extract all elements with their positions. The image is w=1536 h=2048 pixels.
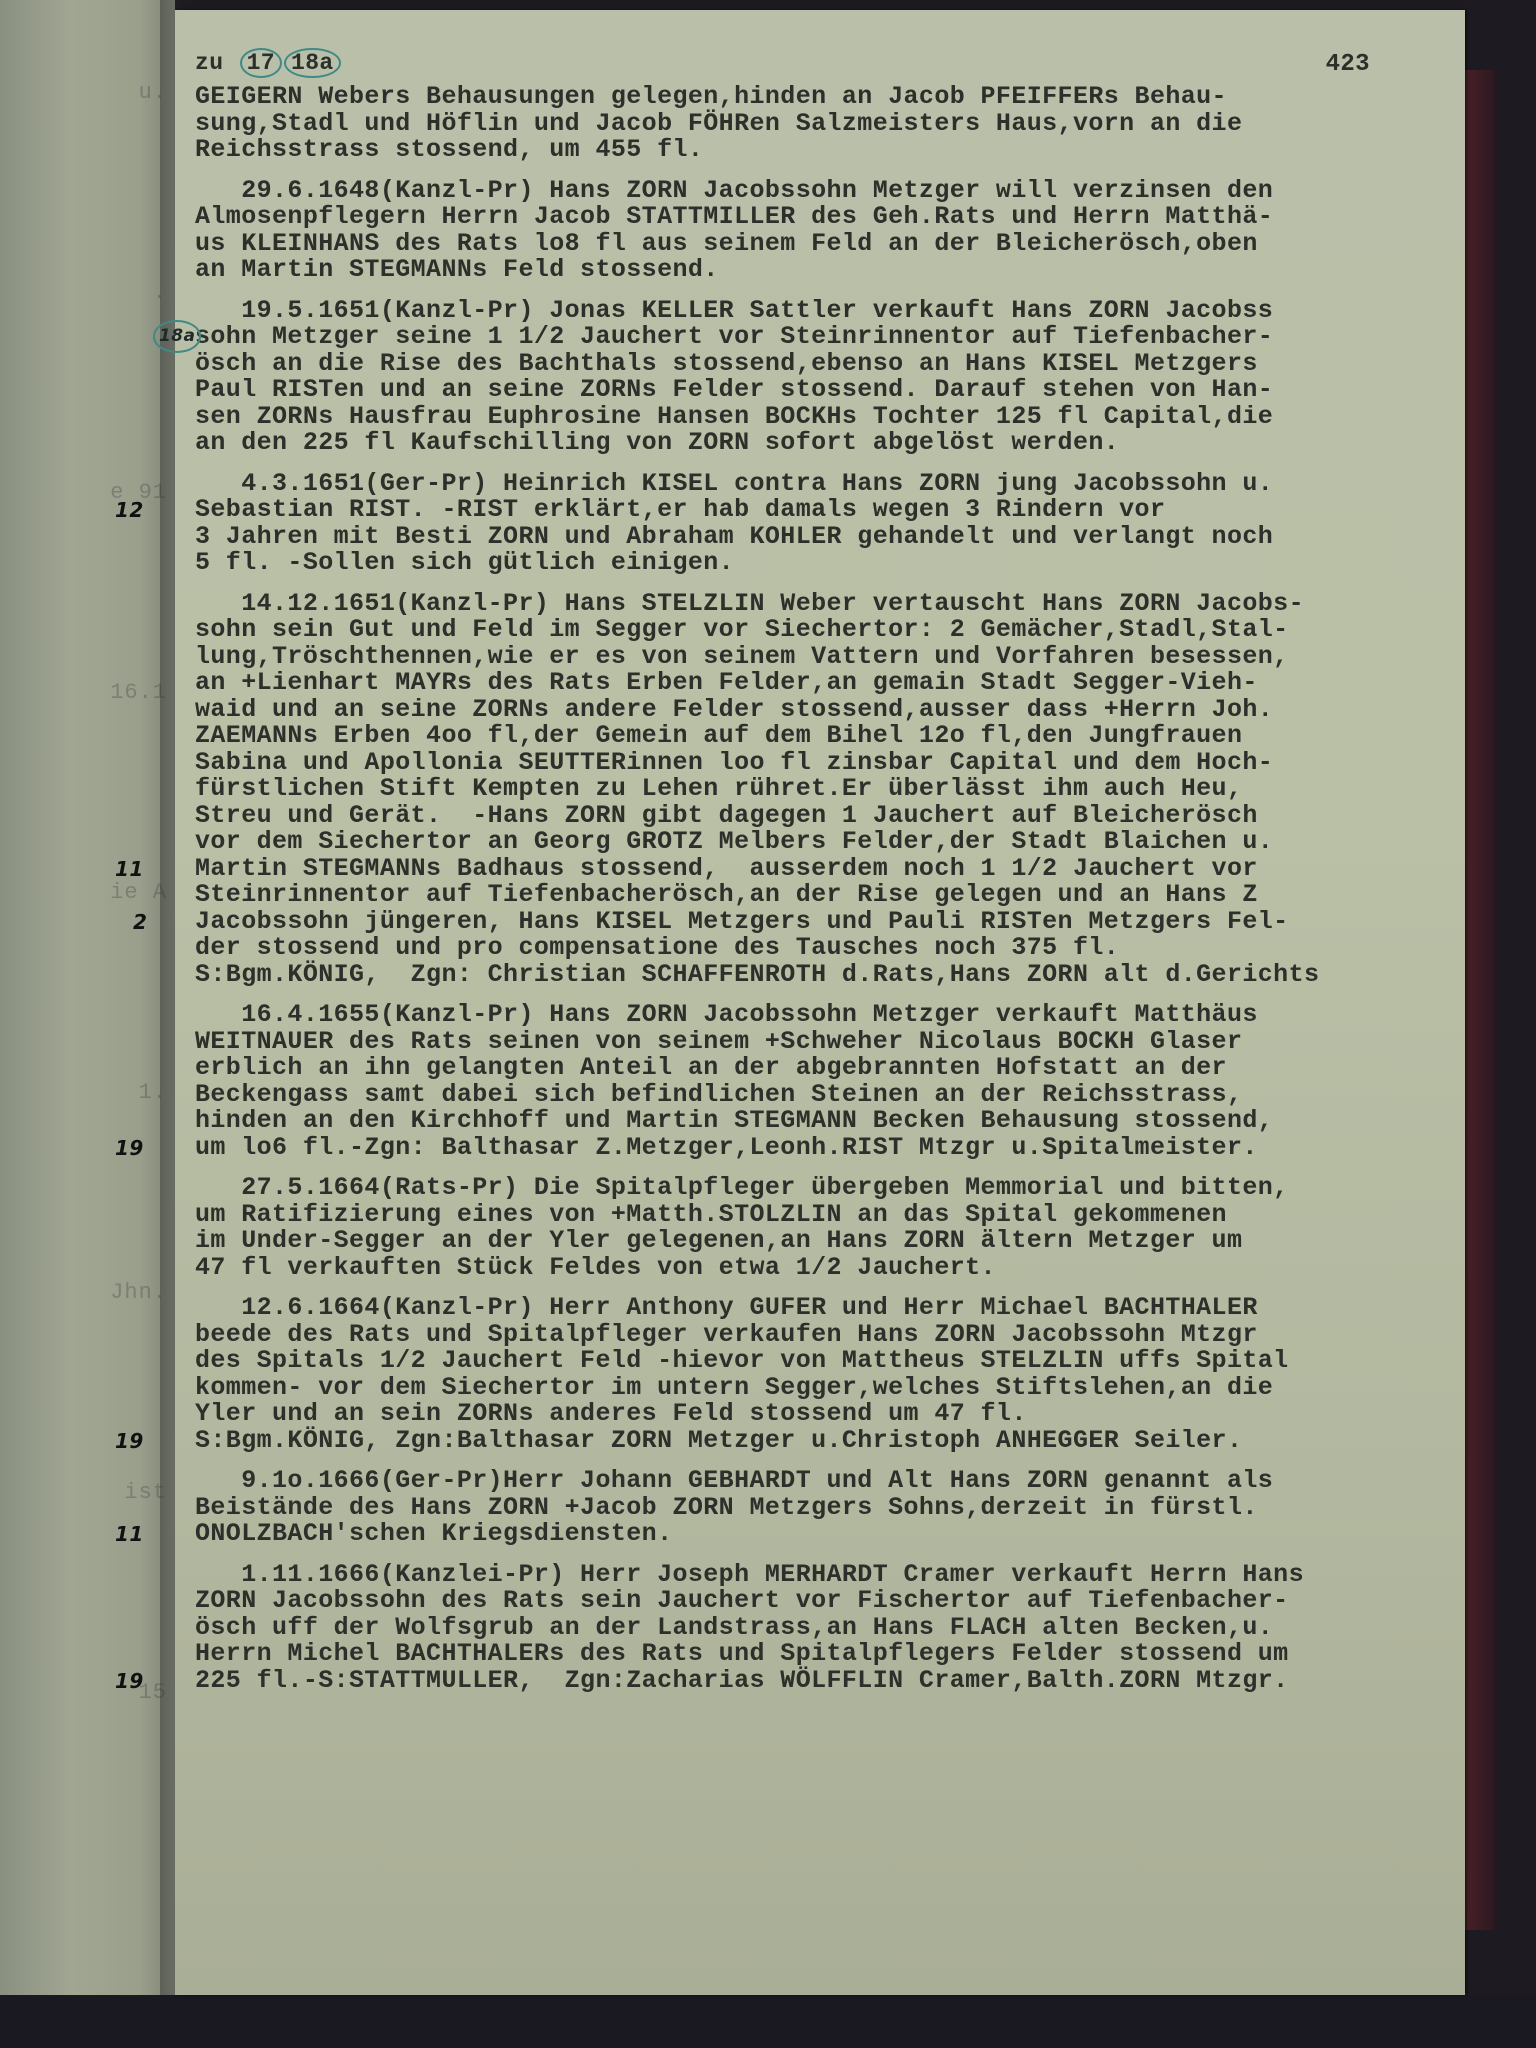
text-line: ösch an die Rise des Bachthals stossend,… [195, 351, 1455, 378]
text-line: 19.5.1651(Kanzl-Pr) Jonas KELLER Sattler… [195, 298, 1455, 325]
text-line: Yler und an sein ZORNs anderes Feld stos… [195, 1401, 1455, 1428]
text-line: beede des Rats und Spitalpfleger verkauf… [195, 1322, 1455, 1349]
text-line: des Spitals 1/2 Jauchert Feld -hievor vo… [195, 1348, 1455, 1375]
text-line: fürstlichen Stift Kempten zu Lehen rühre… [195, 776, 1455, 803]
document-entry: 29.6.1648(Kanzl-Pr) Hans ZORN Jacobssohn… [195, 178, 1455, 284]
text-line: Almosenpflegern Herrn Jacob STATTMILLER … [195, 204, 1455, 231]
text-line: 9.1o.1666(Ger-Pr)Herr Johann GEBHARDT un… [195, 1468, 1455, 1495]
text-line: der stossend und pro compensatione des T… [195, 935, 1455, 962]
text-line: ösch uff der Wolfsgrub an der Landstrass… [195, 1615, 1455, 1642]
circled-margin-annotation: 18a [153, 320, 201, 353]
text-line: vor dem Siechertor an Georg GROTZ Melber… [195, 829, 1455, 856]
text-line: 225 fl.-S:STATTMULLER, Zgn:Zacharias WÖL… [195, 1668, 1455, 1695]
text-line: an den 225 fl Kaufschilling von ZORN sof… [195, 430, 1455, 457]
facing-page: u. . e 9116.1ie A1. Jhn.ist 15 [0, 0, 175, 2048]
text-line: Steinrinnentor auf Tiefenbacherösch,an d… [195, 882, 1455, 909]
text-line: 29.6.1648(Kanzl-Pr) Hans ZORN Jacobssohn… [195, 178, 1455, 205]
document-entry: 9.1o.1666(Ger-Pr)Herr Johann GEBHARDT un… [195, 1468, 1455, 1548]
text-line: im Under-Segger an der Yler gelegenen,an… [195, 1228, 1455, 1255]
text-line: Herrn Michel BACHTHALERs des Rats und Sp… [195, 1641, 1455, 1668]
book-binding [1465, 70, 1495, 1930]
margin-annotation: 19 [115, 1428, 144, 1455]
text-line: Beckengass samt dabei sich befindlichen … [195, 1082, 1455, 1109]
text-line: 1.11.1666(Kanzlei-Pr) Herr Joseph MERHAR… [195, 1562, 1455, 1589]
margin-annotation: 11 [115, 1521, 144, 1548]
text-line: Martin STEGMANNs Badhaus stossend, ausse… [195, 856, 1455, 883]
page-number: 423 [1326, 52, 1370, 79]
margin-annotation: 12 [115, 497, 144, 524]
text-line: S:Bgm.KÖNIG, Zgn: Christian SCHAFFENROTH… [195, 962, 1455, 989]
margin-annotation: 11 [115, 856, 144, 883]
ref-prefix: zu [195, 50, 223, 76]
text-line: Sabina und Apollonia SEUTTERinnen loo fl… [195, 750, 1455, 777]
margin-annotation: 19 [115, 1135, 144, 1162]
text-line: sohn Metzger seine 1 1/2 Jauchert vor St… [195, 324, 1455, 351]
text-line: 14.12.1651(Kanzl-Pr) Hans STELZLIN Weber… [195, 591, 1455, 618]
document-entry: 16.4.1655(Kanzl-Pr) Hans ZORN Jacobssohn… [195, 1002, 1455, 1161]
text-line: um lo6 fl.-Zgn: Balthasar Z.Metzger,Leon… [195, 1135, 1455, 1162]
text-line: sung,Stadl und Höflin und Jacob FÖHRen S… [195, 111, 1455, 138]
text-line: WEITNAUER des Rats seinen von seinem +Sc… [195, 1029, 1455, 1056]
text-line: Sebastian RIST. -RIST erklärt,er hab dam… [195, 497, 1455, 524]
margin-annotation: 2 [133, 909, 147, 936]
facing-page-text: ie A [110, 880, 167, 905]
text-line: 47 fl verkauften Stück Feldes von etwa 1… [195, 1255, 1455, 1282]
text-line: hinden an den Kirchhoff und Martin STEGM… [195, 1108, 1455, 1135]
document-entry: GEIGERN Webers Behausungen gelegen,hinde… [195, 84, 1455, 164]
text-line: ZORN Jacobssohn des Rats sein Jauchert v… [195, 1588, 1455, 1615]
document-entry: 19.5.1651(Kanzl-Pr) Jonas KELLER Sattler… [195, 298, 1455, 457]
text-line: 3 Jahren mit Besti ZORN und Abraham KOHL… [195, 524, 1455, 551]
typed-text-body: zu 1718a 423 GEIGERN Webers Behausungen … [195, 40, 1455, 1694]
text-line: an +Lienhart MAYRs des Rats Erben Felder… [195, 670, 1455, 697]
facing-page-text: 16.1 [110, 680, 167, 705]
text-line: sen ZORNs Hausfrau Euphrosine Hansen BOC… [195, 404, 1455, 431]
document-entry: 14.12.1651(Kanzl-Pr) Hans STELZLIN Weber… [195, 591, 1455, 989]
text-line: us KLEINHANS des Rats lo8 fl aus seinem … [195, 231, 1455, 258]
text-line: ONOLZBACH'schen Kriegsdiensten. [195, 1521, 1455, 1548]
text-line: 16.4.1655(Kanzl-Pr) Hans ZORN Jacobssohn… [195, 1002, 1455, 1029]
text-line: erblich an ihn gelangten Anteil an der a… [195, 1055, 1455, 1082]
background-surface [0, 1995, 1536, 2048]
text-line: GEIGERN Webers Behausungen gelegen,hinde… [195, 84, 1455, 111]
document-entry: 1.11.1666(Kanzlei-Pr) Herr Joseph MERHAR… [195, 1562, 1455, 1695]
text-line: 5 fl. -Sollen sich gütlich einigen. [195, 550, 1455, 577]
text-line: S:Bgm.KÖNIG, Zgn:Balthasar ZORN Metzger … [195, 1428, 1455, 1455]
text-line: Paul RISTen und an seine ZORNs Felder st… [195, 377, 1455, 404]
document-entry: 12.6.1664(Kanzl-Pr) Herr Anthony GUFER u… [195, 1295, 1455, 1454]
ref-circled-b: 18a [284, 48, 341, 79]
document-entry: 27.5.1664(Rats-Pr) Die Spitalpfleger übe… [195, 1175, 1455, 1281]
page-header: zu 1718a 423 [195, 40, 1455, 78]
entries-list: GEIGERN Webers Behausungen gelegen,hinde… [195, 84, 1455, 1694]
text-line: Beistände des Hans ZORN +Jacob ZORN Metz… [195, 1495, 1455, 1522]
cross-reference: zu 1718a [195, 48, 341, 79]
text-line: Reichsstrass stossend, um 455 fl. [195, 137, 1455, 164]
margin-annotation: 19 [115, 1668, 144, 1695]
text-line: waid und an seine ZORNs andere Felder st… [195, 697, 1455, 724]
text-line: Jacobssohn jüngeren, Hans KISEL Metzgers… [195, 909, 1455, 936]
text-line: 4.3.1651(Ger-Pr) Heinrich KISEL contra H… [195, 471, 1455, 498]
text-line: 12.6.1664(Kanzl-Pr) Herr Anthony GUFER u… [195, 1295, 1455, 1322]
text-line: an Martin STEGMANNs Feld stossend. [195, 257, 1455, 284]
ref-circled-a: 17 [240, 48, 282, 79]
text-line: Streu und Gerät. -Hans ZORN gibt dagegen… [195, 803, 1455, 830]
text-line: sohn sein Gut und Feld im Segger vor Sie… [195, 617, 1455, 644]
facing-page-text: Jhn. [110, 1280, 167, 1305]
text-line: lung,Tröschthennen,wie er es von seinem … [195, 644, 1455, 671]
text-line: ZAEMANNs Erben 4oo fl,der Gemein auf dem… [195, 723, 1455, 750]
text-line: 27.5.1664(Rats-Pr) Die Spitalpfleger übe… [195, 1175, 1455, 1202]
text-line: kommen- vor dem Siechertor im untern Seg… [195, 1375, 1455, 1402]
document-entry: 4.3.1651(Ger-Pr) Heinrich KISEL contra H… [195, 471, 1455, 577]
text-line: um Ratifizierung eines von +Matth.STOLZL… [195, 1202, 1455, 1229]
